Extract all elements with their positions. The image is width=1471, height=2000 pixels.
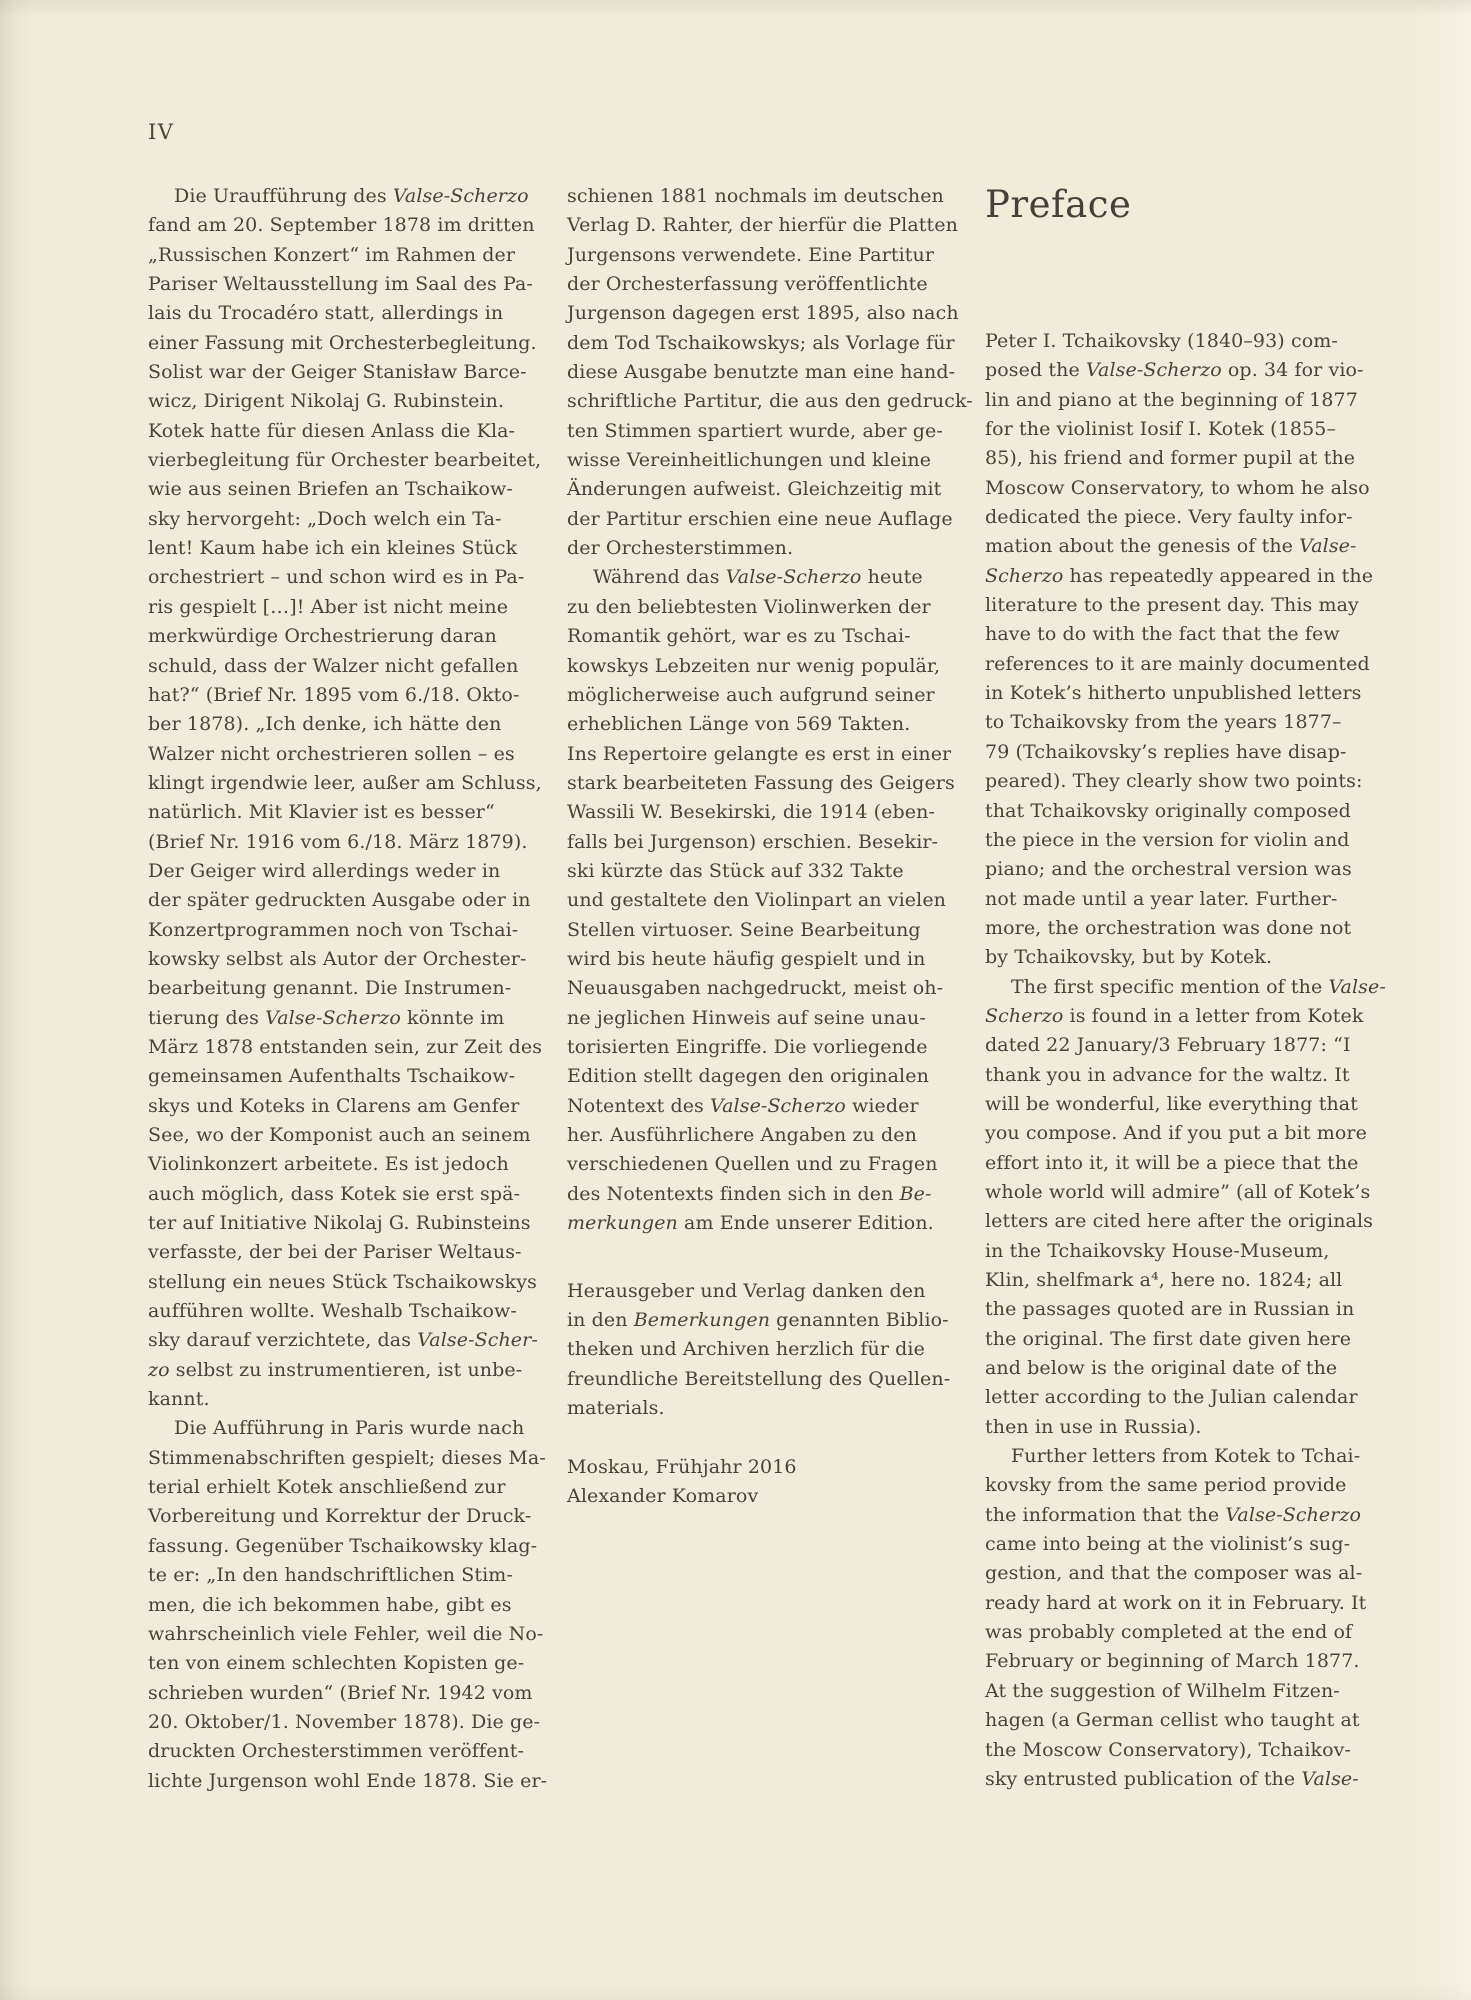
- text-line: wicz, Dirigent Nikolaj G. Rubinstein.: [148, 387, 546, 416]
- text-line: zu den beliebtesten Violinwerken der: [567, 593, 965, 622]
- text-line: lichte Jurgenson wohl Ende 1878. Sie er-: [148, 1767, 546, 1796]
- text-line: zo selbst zu instrumentieren, ist unbe-: [148, 1356, 546, 1385]
- text-line: ski kürzte das Stück auf 332 Takte: [567, 857, 965, 886]
- text-line: to Tchaikovsky from the years 1877–: [985, 708, 1383, 737]
- text-line: skys und Koteks in Clarens am Genfer: [148, 1092, 546, 1121]
- text-line: Konzertprogrammen noch von Tschai-: [148, 916, 546, 945]
- text-line: Alexander Komarov: [567, 1482, 965, 1511]
- column-english-body: Peter I. Tchaikovsky (1840–93) com-posed…: [985, 327, 1383, 1794]
- preface-heading: Preface: [985, 182, 1383, 228]
- text-line: At the suggestion of Wilhelm Fitzen-: [985, 1677, 1383, 1706]
- text-line: dem Tod Tschaikowskys; als Vorlage für: [567, 329, 965, 358]
- text-line: schriftliche Partitur, die aus den gedru…: [567, 387, 965, 416]
- text-line: wie aus seinen Briefen an Tschaikow-: [148, 475, 546, 504]
- text-line: ten Stimmen spartiert wurde, aber ge-: [567, 417, 965, 446]
- text-line: literature to the present day. This may: [985, 591, 1383, 620]
- text-line: came into being at the violinist’s sug-: [985, 1530, 1383, 1559]
- text-line: merkwürdige Orchestrierung daran: [148, 622, 546, 651]
- text-line: merkungen am Ende unserer Edition.: [567, 1209, 965, 1238]
- text-line: materials.: [567, 1394, 965, 1423]
- text-line: klingt irgendwie leer, außer am Schluss,: [148, 769, 546, 798]
- text-line: February or beginning of March 1877.: [985, 1647, 1383, 1676]
- text-line: Klin, shelfmark a⁴, here no. 1824; all: [985, 1266, 1383, 1295]
- text-line: See, wo der Komponist auch an seinem: [148, 1121, 546, 1150]
- text-line: Jurgenson dagegen erst 1895, also nach: [567, 299, 965, 328]
- text-line: Herausgeber und Verlag danken den: [567, 1277, 965, 1306]
- text-line: Ins Repertoire gelangte es erst in einer: [567, 740, 965, 769]
- text-line: gestion, and that the composer was al-: [985, 1559, 1383, 1588]
- text-line: lin and piano at the beginning of 1877: [985, 386, 1383, 415]
- text-line: torisierten Eingriffe. Die vorliegende: [567, 1033, 965, 1062]
- text-line: ber 1878). „Ich denke, ich hätte den: [148, 710, 546, 739]
- text-line: 20. Oktober/1. November 1878). Die ge-: [148, 1708, 546, 1737]
- text-line: not made until a year later. Further-: [985, 885, 1383, 914]
- text-line: hagen (a German cellist who taught at: [985, 1706, 1383, 1735]
- text-line: vierbegleitung für Orchester bearbeitet,: [148, 446, 546, 475]
- text-line: more, the orchestration was done not: [985, 914, 1383, 943]
- text-line: effort into it, it will be a piece that …: [985, 1149, 1383, 1178]
- text-line: the original. The first date given here: [985, 1325, 1383, 1354]
- text-line: druckten Orchesterstimmen veröffent-: [148, 1737, 546, 1766]
- text-line: Kotek hatte für diesen Anlass die Kla-: [148, 417, 546, 446]
- text-line: möglicherweise auch aufgrund seiner: [567, 681, 965, 710]
- text-line: Vorbereitung und Korrektur der Druck-: [148, 1502, 546, 1531]
- text-line: fand am 20. September 1878 im dritten: [148, 211, 546, 240]
- text-line: the Moscow Conservatory), Tchaikov-: [985, 1736, 1383, 1765]
- text-line: in den Bemerkungen genannten Biblio-: [567, 1306, 965, 1335]
- text-line: piano; and the orchestral version was: [985, 855, 1383, 884]
- text-line: Edition stellt dagegen den originalen: [567, 1062, 965, 1091]
- text-line: the passages quoted are in Russian in: [985, 1295, 1383, 1324]
- text-line: hat?“ (Brief Nr. 1895 vom 6./18. Okto-: [148, 681, 546, 710]
- text-line: stark bearbeiteten Fassung des Geigers: [567, 769, 965, 798]
- text-line: freundliche Bereitstellung des Quellen-: [567, 1365, 965, 1394]
- text-line: einer Fassung mit Orchesterbegleitung.: [148, 329, 546, 358]
- text-line: Jurgensons verwendete. Eine Partitur: [567, 241, 965, 270]
- text-line: wisse Vereinheitlichungen und kleine: [567, 446, 965, 475]
- text-line: schrieben wurden“ (Brief Nr. 1942 vom: [148, 1679, 546, 1708]
- text-line: Die Aufführung in Paris wurde nach: [148, 1414, 546, 1443]
- text-line: references to it are mainly documented: [985, 650, 1383, 679]
- column-german-left: Die Uraufführung des Valse-Scherzofand a…: [148, 182, 546, 1796]
- text-line: (Brief Nr. 1916 vom 6./18. März 1879).: [148, 828, 546, 857]
- text-line: schienen 1881 nochmals im deutschen: [567, 182, 965, 211]
- text-line: Pariser Weltausstellung im Saal des Pa-: [148, 270, 546, 299]
- text-line: Notentext des Valse-Scherzo wieder: [567, 1092, 965, 1121]
- text-line: Moskau, Frühjahr 2016: [567, 1453, 965, 1482]
- text-line: 79 (Tchaikovsky’s replies have disap-: [985, 738, 1383, 767]
- text-line: Stellen virtuoser. Seine Bearbeitung: [567, 916, 965, 945]
- text-line: whole world will admire” (all of Kotek’s: [985, 1178, 1383, 1207]
- text-line: mation about the genesis of the Valse-: [985, 532, 1383, 561]
- text-line: thank you in advance for the waltz. It: [985, 1061, 1383, 1090]
- text-line: ready hard at work on it in February. It: [985, 1589, 1383, 1618]
- text-line: der Partitur erschien eine neue Auflage: [567, 505, 965, 534]
- text-line: 85), his friend and former pupil at the: [985, 444, 1383, 473]
- text-line: Solist war der Geiger Stanisław Barce-: [148, 358, 546, 387]
- text-line: and below is the original date of the: [985, 1354, 1383, 1383]
- text-line: März 1878 entstanden sein, zur Zeit des: [148, 1033, 546, 1062]
- text-line: kowskys Lebzeiten nur wenig populär,: [567, 652, 965, 681]
- text-line: tierung des Valse-Scherzo könnte im: [148, 1004, 546, 1033]
- text-line: der später gedruckten Ausgabe oder in: [148, 886, 546, 915]
- text-line: Verlag D. Rahter, der hierfür die Platte…: [567, 211, 965, 240]
- text-line: terial erhielt Kotek anschließend zur: [148, 1473, 546, 1502]
- text-line: Further letters from Kotek to Tchai-: [985, 1442, 1383, 1471]
- text-line: in Kotek’s hitherto unpublished letters: [985, 679, 1383, 708]
- text-line: kovsky from the same period provide: [985, 1471, 1383, 1500]
- text-line: dated 22 January/3 February 1877: “I: [985, 1031, 1383, 1060]
- text-line: was probably completed at the end of: [985, 1618, 1383, 1647]
- text-line: der Orchesterstimmen.: [567, 534, 965, 563]
- text-line: letters are cited here after the origina…: [985, 1207, 1383, 1236]
- text-line: Romantik gehört, war es zu Tschai-: [567, 622, 965, 651]
- text-line: sky hervorgeht: „Doch welch ein Ta-: [148, 505, 546, 534]
- text-line: wahrscheinlich viele Fehler, weil die No…: [148, 1620, 546, 1649]
- text-line: wird bis heute häufig gespielt und in: [567, 945, 965, 974]
- text-line: have to do with the fact that the few: [985, 620, 1383, 649]
- text-line: aufführen wollte. Weshalb Tschaikow-: [148, 1297, 546, 1326]
- text-line: the piece in the version for violin and: [985, 826, 1383, 855]
- text-line: fassung. Gegenüber Tschaikowsky klag-: [148, 1532, 546, 1561]
- text-line: posed the Valse-Scherzo op. 34 for vio-: [985, 356, 1383, 385]
- text-line: kannt.: [148, 1385, 546, 1414]
- text-line: des Notentexts finden sich in den Be-: [567, 1180, 965, 1209]
- text-line: bearbeitung genannt. Die Instrumen-: [148, 974, 546, 1003]
- text-line: Änderungen aufweist. Gleichzeitig mit: [567, 475, 965, 504]
- text-line: letter according to the Julian calendar: [985, 1383, 1383, 1412]
- text-line: Die Uraufführung des Valse-Scherzo: [148, 182, 546, 211]
- text-line: her. Ausführlichere Angaben zu den: [567, 1121, 965, 1150]
- text-line: Scherzo is found in a letter from Kotek: [985, 1002, 1383, 1031]
- text-line: orchestriert – und schon wird es in Pa-: [148, 563, 546, 592]
- page-number: IV: [148, 120, 174, 144]
- text-line: lais du Trocadéro statt, allerdings in: [148, 299, 546, 328]
- text-line: men, die ich bekommen habe, gibt es: [148, 1591, 546, 1620]
- text-line: diese Ausgabe benutzte man eine hand-: [567, 358, 965, 387]
- text-line: will be wonderful, like everything that: [985, 1090, 1383, 1119]
- text-line: you compose. And if you put a bit more: [985, 1119, 1383, 1148]
- text-line: ter auf Initiative Nikolaj G. Rubinstein…: [148, 1209, 546, 1238]
- text-line: ten von einem schlechten Kopisten ge-: [148, 1649, 546, 1678]
- text-line: stellung ein neues Stück Tschaikowskys: [148, 1268, 546, 1297]
- text-line: peared). They clearly show two points:: [985, 767, 1383, 796]
- text-line: dedicated the piece. Very faulty infor-: [985, 503, 1383, 532]
- text-line: Stimmenabschriften gespielt; dieses Ma-: [148, 1444, 546, 1473]
- text-line: then in use in Russia).: [985, 1413, 1383, 1442]
- column-german-middle: schienen 1881 nochmals im deutschenVerla…: [567, 182, 965, 1511]
- text-line: der Orchesterfassung veröffentlichte: [567, 270, 965, 299]
- text-line: Der Geiger wird allerdings weder in: [148, 857, 546, 886]
- text-line: by Tchaikovsky, but by Kotek.: [985, 943, 1383, 972]
- text-line: lent! Kaum habe ich ein kleines Stück: [148, 534, 546, 563]
- preface-page: IV Die Uraufführung des Valse-Scherzofan…: [0, 0, 1471, 2000]
- text-line: verschiedenen Quellen und zu Fragen: [567, 1150, 965, 1179]
- text-line: that Tchaikovsky originally composed: [985, 797, 1383, 826]
- text-line: gemeinsamen Aufenthalts Tschaikow-: [148, 1062, 546, 1091]
- text-line: Während das Valse-Scherzo heute: [567, 563, 965, 592]
- text-line: the information that the Valse-Scherzo: [985, 1501, 1383, 1530]
- text-line: ne jeglichen Hinweis auf seine unau-: [567, 1004, 965, 1033]
- text-line: sky entrusted publication of the Valse-: [985, 1765, 1383, 1794]
- text-line: natürlich. Mit Klavier ist es besser“: [148, 798, 546, 827]
- text-line: „Russischen Konzert“ im Rahmen der: [148, 241, 546, 270]
- text-line: Moscow Conservatory, to whom he also: [985, 474, 1383, 503]
- text-line: auch möglich, dass Kotek sie erst spä-: [148, 1180, 546, 1209]
- text-line: kowsky selbst als Autor der Orchester-: [148, 945, 546, 974]
- text-line: und gestaltete den Violinpart an vielen: [567, 886, 965, 915]
- text-line: Wassili W. Besekirski, die 1914 (eben-: [567, 798, 965, 827]
- text-line: verfasste, der bei der Pariser Weltaus-: [148, 1238, 546, 1267]
- text-line: falls bei Jurgenson) erschien. Besekir-: [567, 828, 965, 857]
- text-line: sky darauf verzichtete, das Valse-Scher-: [148, 1326, 546, 1355]
- text-line: for the violinist Iosif I. Kotek (1855–: [985, 415, 1383, 444]
- text-line: Peter I. Tchaikovsky (1840–93) com-: [985, 327, 1383, 356]
- text-line: ris gespielt […]! Aber ist nicht meine: [148, 593, 546, 622]
- text-line: in the Tchaikovsky House-Museum,: [985, 1237, 1383, 1266]
- column-english: Preface Peter I. Tchaikovsky (1840–93) c…: [985, 182, 1383, 1794]
- text-line: Violinkonzert arbeitete. Es ist jedoch: [148, 1150, 546, 1179]
- text-line: schuld, dass der Walzer nicht gefallen: [148, 652, 546, 681]
- text-line: Scherzo has repeatedly appeared in the: [985, 562, 1383, 591]
- text-line: Walzer nicht orchestrieren sollen – es: [148, 740, 546, 769]
- text-line: theken und Archiven herzlich für die: [567, 1335, 965, 1364]
- text-line: Neuausgaben nachgedruckt, meist oh-: [567, 974, 965, 1003]
- text-line: erheblichen Länge von 569 Takten.: [567, 710, 965, 739]
- text-line: The first specific mention of the Valse-: [985, 973, 1383, 1002]
- text-line: te er: „In den handschriftlichen Stim-: [148, 1561, 546, 1590]
